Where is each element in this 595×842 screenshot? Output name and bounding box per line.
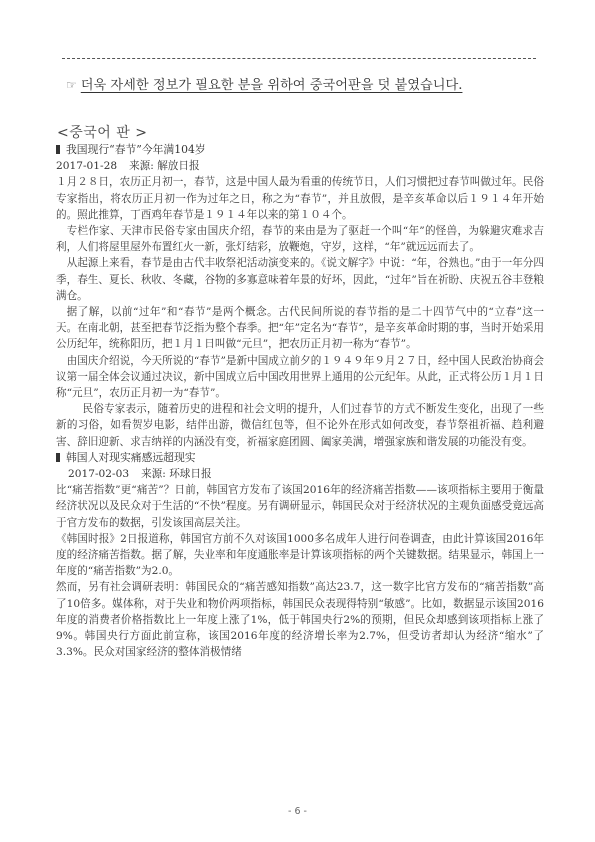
bullet-bar-icon xyxy=(56,145,60,154)
paragraph: 《韩国时报》2日报道称，韩国官方前不久对该国1000多名成年人进行问卷调查，由此… xyxy=(56,531,544,580)
paragraph: １月２８日，农历正月初一，春节，这是中国人最为看重的传统节日，人们习惯把过春节叫… xyxy=(56,174,544,223)
article-meta: 2017-02-03来源: 环球日报 xyxy=(56,466,544,482)
paragraph: 据了解，以前“过年”和“春节”是两个概念。古代民间所说的春节指的是二十四节气中的… xyxy=(56,304,544,353)
article-date: 2017-01-28 xyxy=(56,160,117,172)
article-headline: 韩国人对现实痛感远超现实 xyxy=(56,450,544,466)
pointing-hand-icon: ☞ xyxy=(66,78,77,92)
notice-line: ☞더욱 자세한 정보가 필요한 분을 위하여 중국어판을 덧 붙였습니다. xyxy=(66,74,536,93)
paragraph: 由国庆介绍说，今天所说的“春节”是新中国成立前夕的１９４９年９月２７日，经中国人… xyxy=(56,353,544,402)
headline-text: 韩国人对现实痛感远超现实 xyxy=(66,451,196,464)
page-number: - 6 - xyxy=(0,806,595,817)
paragraph: 比“痛苦指数”更“痛苦”？日前，韩国官方发布了该国2016年的经济痛苦指数——该… xyxy=(56,482,544,531)
article-headline: 我国现行“春节”今年满104岁 xyxy=(56,142,544,158)
article-source: 来源: 解放日报 xyxy=(129,160,200,172)
article-date: 2017-02-03 xyxy=(68,468,129,480)
paragraph: 从起源上来看，春节是由古代丰收祭祀活动演变来的。《说文解字》中说：“年，谷熟也。… xyxy=(56,255,544,304)
paragraph: 专栏作家、天津市民俗专家由国庆介绍，春节的来由是为了驱赶一个叫“年”的怪兽，为躲… xyxy=(56,223,544,255)
article-meta: 2017-01-28来源: 解放日报 xyxy=(56,158,544,174)
section-label: <중국어 판 > xyxy=(57,122,147,142)
bullet-bar-icon xyxy=(56,453,60,462)
paragraph: 民俗专家表示，随着历史的进程和社会文明的提升，人们过春节的方式不断发生变化，出现… xyxy=(56,401,544,450)
document-body: 我国现行“春节”今年满104岁 2017-01-28来源: 解放日报 １月２８日… xyxy=(56,142,544,661)
article-source: 来源: 环球日报 xyxy=(141,468,212,480)
headline-text: 我国现行“春节”今年满104岁 xyxy=(66,143,206,156)
notice-text: 더욱 자세한 정보가 필요한 분을 위하여 중국어판을 덧 붙였습니다. xyxy=(81,78,463,93)
dashed-separator xyxy=(62,58,536,59)
paragraph: 然而，另有社会调研表明：韩国民众的“痛苦感知指数”高达23.7，这一数字比官方发… xyxy=(56,579,544,660)
